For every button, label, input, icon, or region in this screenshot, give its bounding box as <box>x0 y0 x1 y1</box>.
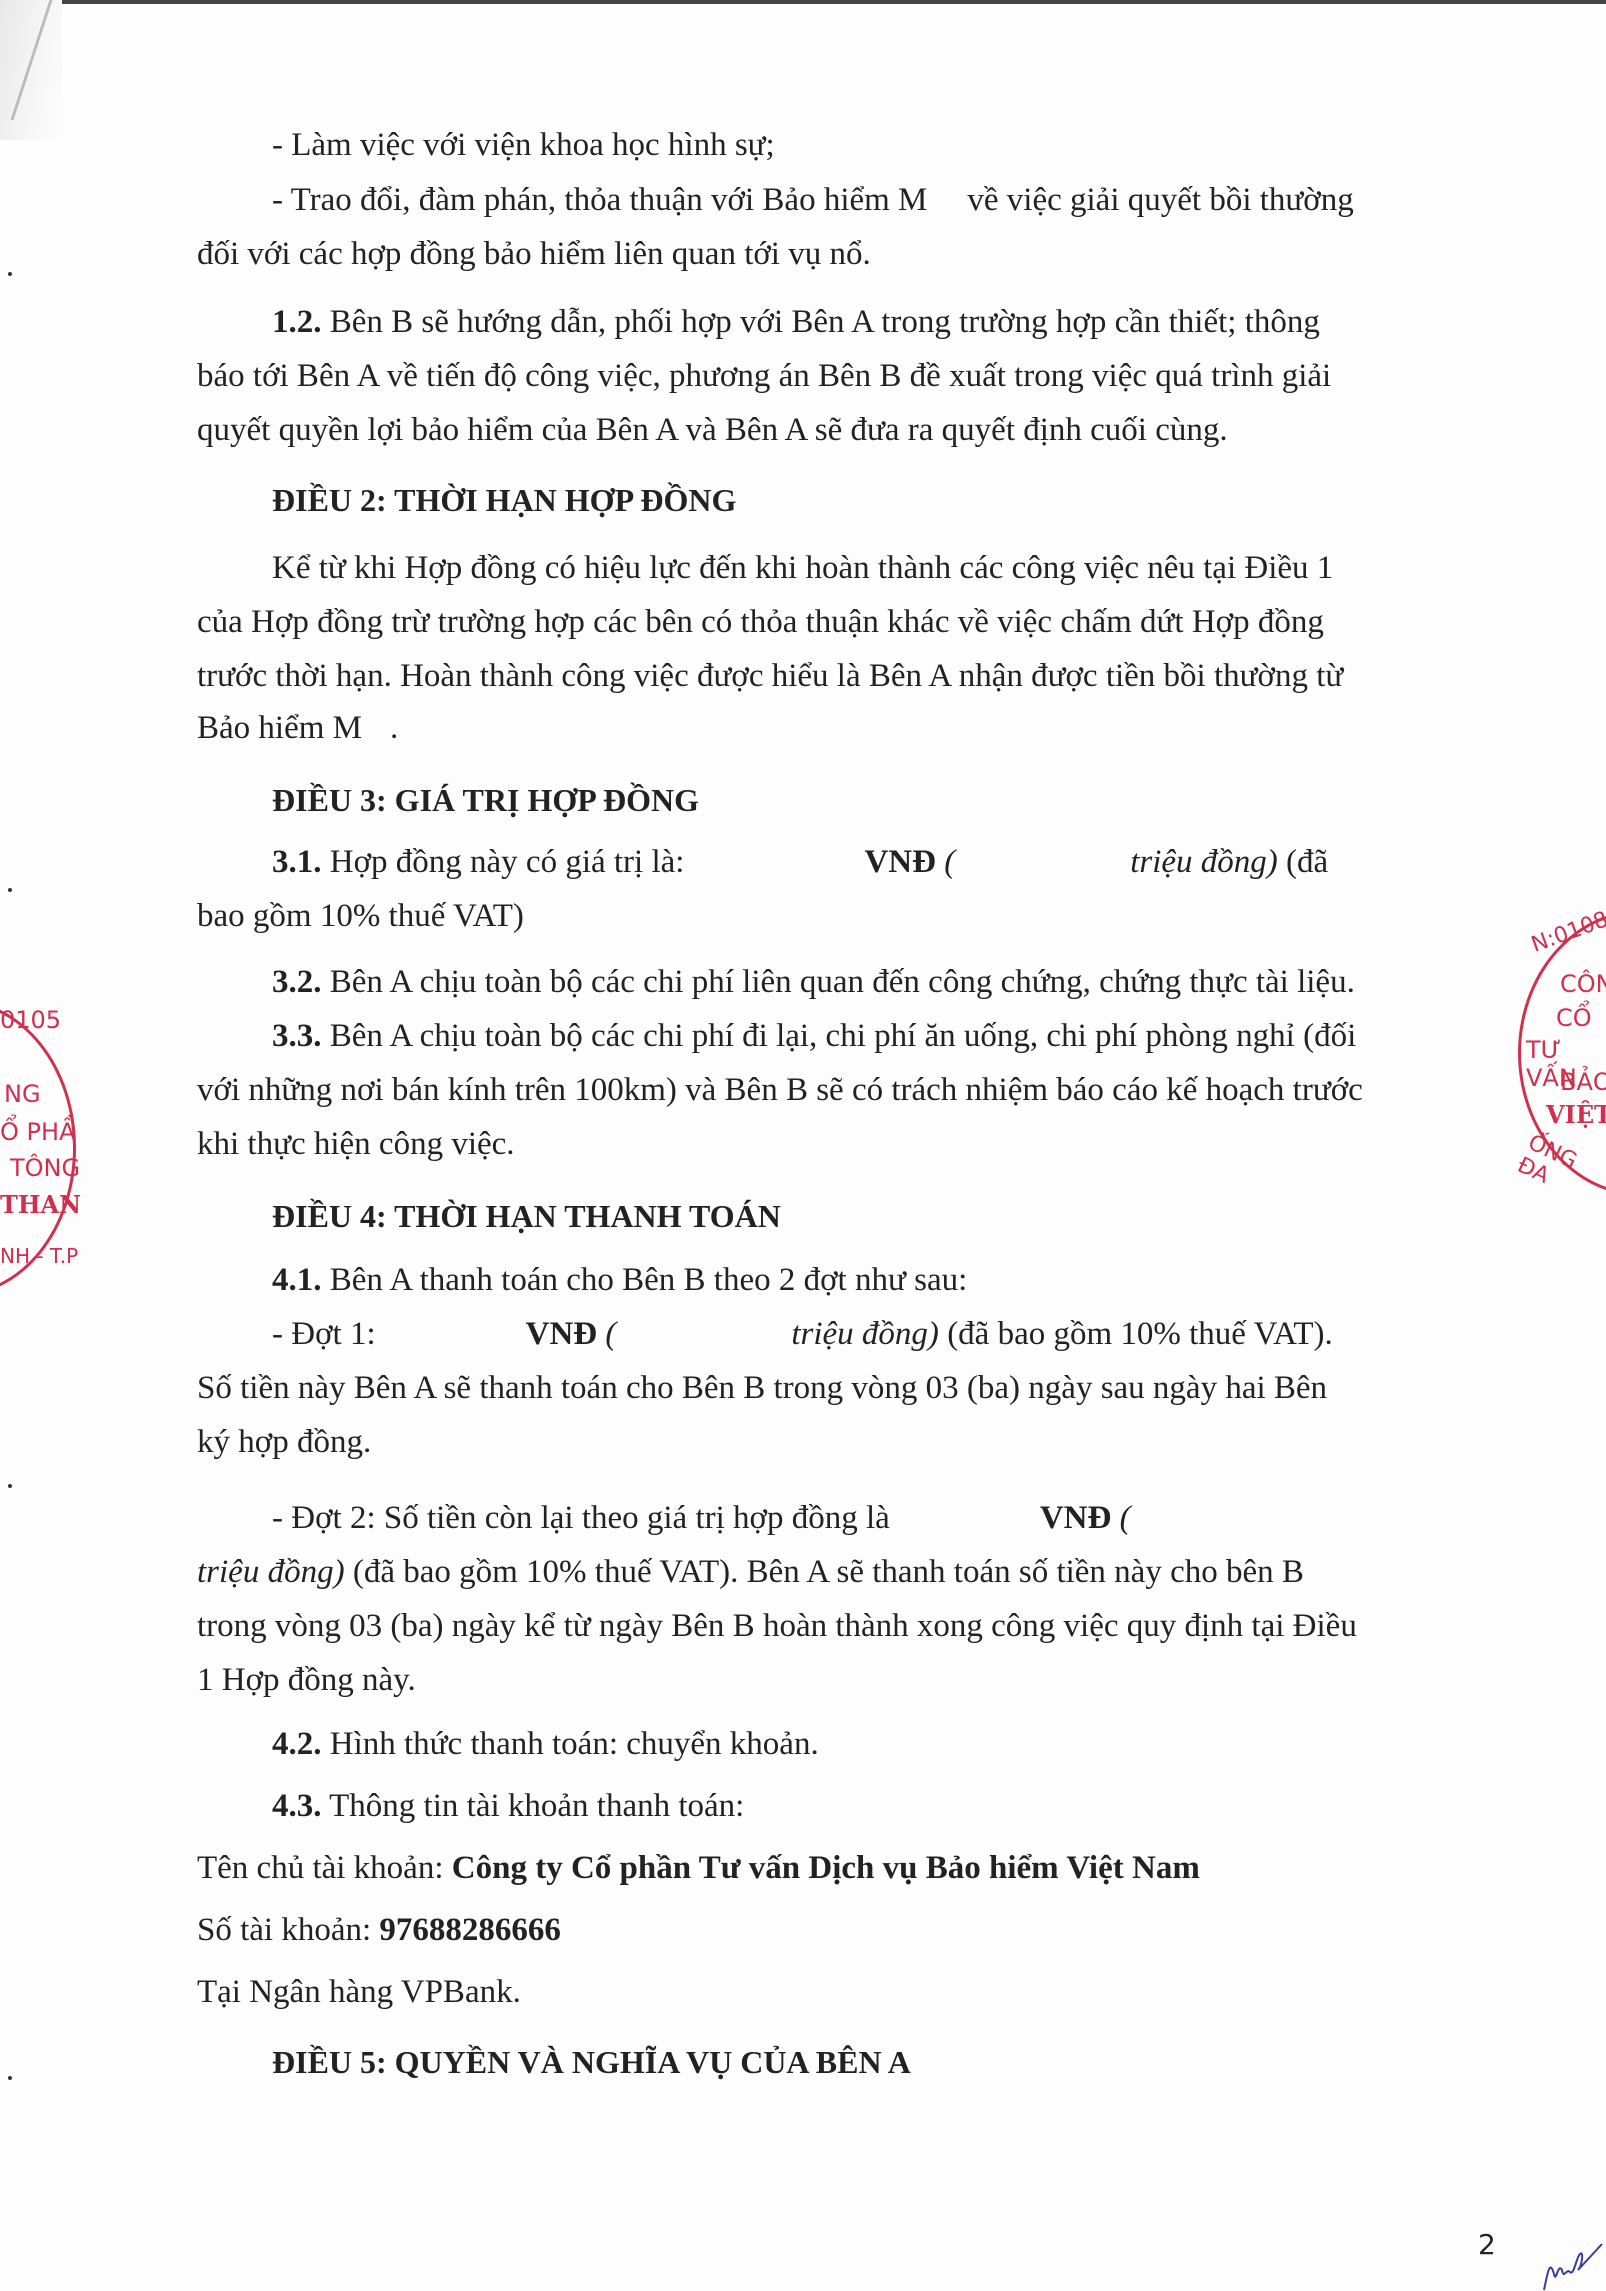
clause-3-2: 3.2. Bên A chịu toàn bộ các chi phí liên… <box>272 962 1355 1002</box>
text-line: khi thực hiện công việc. <box>197 1124 515 1164</box>
text: Bên A chịu toàn bộ các chi phí đi lại, c… <box>322 1018 1357 1054</box>
text-line: của Hợp đồng trừ trường hợp các bên có t… <box>197 602 1324 642</box>
stamp-left-text: 0105 <box>0 1006 61 1034</box>
account-number-value: 97688286666 <box>379 1912 561 1948</box>
clause-4-1: 4.1. Bên A thanh toán cho Bên B theo 2 đ… <box>272 1260 967 1300</box>
installment-1: - Đợt 1:VNĐ (triệu đồng) (đã bao gồm 10%… <box>272 1314 1333 1354</box>
text-line: - Trao đổi, đàm phán, thỏa thuận với Bảo… <box>272 180 1354 220</box>
heading-dieu-5: ĐIỀU 5: QUYỀN VÀ NGHĨA VỤ CỦA BÊN A <box>272 2042 911 2082</box>
text-line: ký hợp đồng. <box>197 1422 371 1462</box>
text: ( <box>1120 1500 1131 1536</box>
currency: VNĐ <box>864 844 936 880</box>
text-line: - Làm việc với viện khoa học hình sự; <box>272 125 775 165</box>
text-line: Số tiền này Bên A sẽ thanh toán cho Bên … <box>197 1368 1327 1408</box>
text: - Đợt 1: <box>272 1316 376 1352</box>
text: Bên A thanh toán cho Bên B theo 2 đợt nh… <box>322 1262 968 1298</box>
page-edge <box>11 0 53 120</box>
hole-punch-mark <box>8 888 12 892</box>
clause-number: 4.3. <box>272 1788 322 1824</box>
hole-punch-mark <box>8 2076 12 2080</box>
text-line: Bảo hiểm M. <box>197 708 398 748</box>
stamp-left-text: NG <box>4 1080 41 1108</box>
text: ( <box>605 1316 616 1352</box>
clause-4-3: 4.3. Thông tin tài khoản thanh toán: <box>272 1786 744 1826</box>
text: Bên B sẽ hướng dẫn, phối hợp với Bên A t… <box>322 304 1320 340</box>
bank-name: Tại Ngân hàng VPBank. <box>197 1972 521 2012</box>
text-line: Kể từ khi Hợp đồng có hiệu lực đến khi h… <box>272 548 1333 588</box>
clause-number: 4.2. <box>272 1726 322 1762</box>
text-line: triệu đồng) (đã bao gồm 10% thuế VAT). B… <box>197 1552 1304 1592</box>
unit: triệu đồng) <box>791 1316 939 1352</box>
unit: triệu đồng) <box>197 1554 345 1590</box>
clause-4-2: 4.2. Hình thức thanh toán: chuyển khoản. <box>272 1724 819 1764</box>
scan-top-edge <box>62 0 1606 4</box>
page-number: 2 <box>1478 2228 1496 2261</box>
stamp-right-text: CÔN <box>1560 970 1606 998</box>
text: ( <box>944 844 955 880</box>
stamp-right-text: BẢO <box>1560 1068 1606 1096</box>
unit: triệu đồng) <box>1130 844 1278 880</box>
hole-punch-mark <box>8 272 12 276</box>
currency: VNĐ <box>1040 1500 1112 1536</box>
text: về việc giải quyết bồi thường <box>967 182 1353 218</box>
text: (đã bao gồm 10% thuế VAT). Bên A sẽ than… <box>345 1554 1304 1590</box>
text-line: bao gồm 10% thuế VAT) <box>197 896 524 936</box>
stamp-right-text: VIỆT <box>1546 1100 1606 1129</box>
account-holder-name: Công ty Cổ phần Tư vấn Dịch vụ Bảo hiểm … <box>452 1850 1200 1886</box>
label: Số tài khoản: <box>197 1912 379 1948</box>
stamp-left-text: TÔNG <box>10 1154 80 1182</box>
hole-punch-mark <box>8 1484 12 1488</box>
text-line: quyết quyền lợi bảo hiểm của Bên A và Bê… <box>197 410 1228 450</box>
heading-dieu-2: ĐIỀU 2: THỜI HẠN HỢP ĐỒNG <box>272 480 736 520</box>
label: Tên chủ tài khoản: <box>197 1850 452 1886</box>
heading-dieu-3: ĐIỀU 3: GIÁ TRỊ HỢP ĐỒNG <box>272 780 699 820</box>
text: Bên A chịu toàn bộ các chi phí liên quan… <box>322 964 1355 1000</box>
stamp-right-text: CỔ <box>1556 1004 1592 1032</box>
account-number: Số tài khoản: 97688286666 <box>197 1910 561 1950</box>
stamp-left-text: THAN <box>0 1190 81 1219</box>
clause-1-2: 1.2. Bên B sẽ hướng dẫn, phối hợp với Bê… <box>272 302 1320 342</box>
stamp-left-text: NH - T.P <box>0 1244 78 1268</box>
text-line: đối với các hợp đồng bảo hiểm liên quan … <box>197 234 871 274</box>
text: Hợp đồng này có giá trị là: <box>322 844 685 880</box>
text-line: báo tới Bên A về tiến độ công việc, phươ… <box>197 356 1331 396</box>
installment-2: - Đợt 2: Số tiền còn lại theo giá trị hợ… <box>272 1498 1131 1538</box>
signature-icon <box>1540 2240 1606 2291</box>
page-fold-shadow <box>0 0 62 140</box>
text: (đã bao gồm 10% thuế VAT). <box>939 1316 1333 1352</box>
text: Bảo hiểm M <box>197 710 362 746</box>
text-line: trong vòng 03 (ba) ngày kể từ ngày Bên B… <box>197 1606 1357 1646</box>
stamp-left-text: Ổ PHẦ <box>0 1118 75 1146</box>
text-line: trước thời hạn. Hoàn thành công việc đượ… <box>197 656 1343 696</box>
text: - Trao đổi, đàm phán, thỏa thuận với Bảo… <box>272 182 927 218</box>
clause-number: 3.1. <box>272 844 322 880</box>
currency: VNĐ <box>526 1316 598 1352</box>
clause-number: 3.2. <box>272 964 322 1000</box>
text: Thông tin tài khoản thanh toán: <box>322 1788 745 1824</box>
text: - Đợt 2: Số tiền còn lại theo giá trị hợ… <box>272 1500 890 1536</box>
text: Hình thức thanh toán: chuyển khoản. <box>322 1726 819 1762</box>
account-holder: Tên chủ tài khoản: Công ty Cổ phần Tư vấ… <box>197 1848 1200 1888</box>
clause-number: 3.3. <box>272 1018 322 1054</box>
clause-3-1: 3.1. Hợp đồng này có giá trị là:VNĐ (tri… <box>272 842 1328 882</box>
text-line: với những nơi bán kính trên 100km) và Bê… <box>197 1070 1363 1110</box>
clause-3-3: 3.3. Bên A chịu toàn bộ các chi phí đi l… <box>272 1016 1356 1056</box>
clause-number: 4.1. <box>272 1262 322 1298</box>
clause-number: 1.2. <box>272 304 322 340</box>
text: . <box>390 710 398 746</box>
text-line: 1 Hợp đồng này. <box>197 1660 416 1700</box>
heading-dieu-4: ĐIỀU 4: THỜI HẠN THANH TOÁN <box>272 1196 781 1236</box>
text: (đã <box>1286 844 1328 880</box>
